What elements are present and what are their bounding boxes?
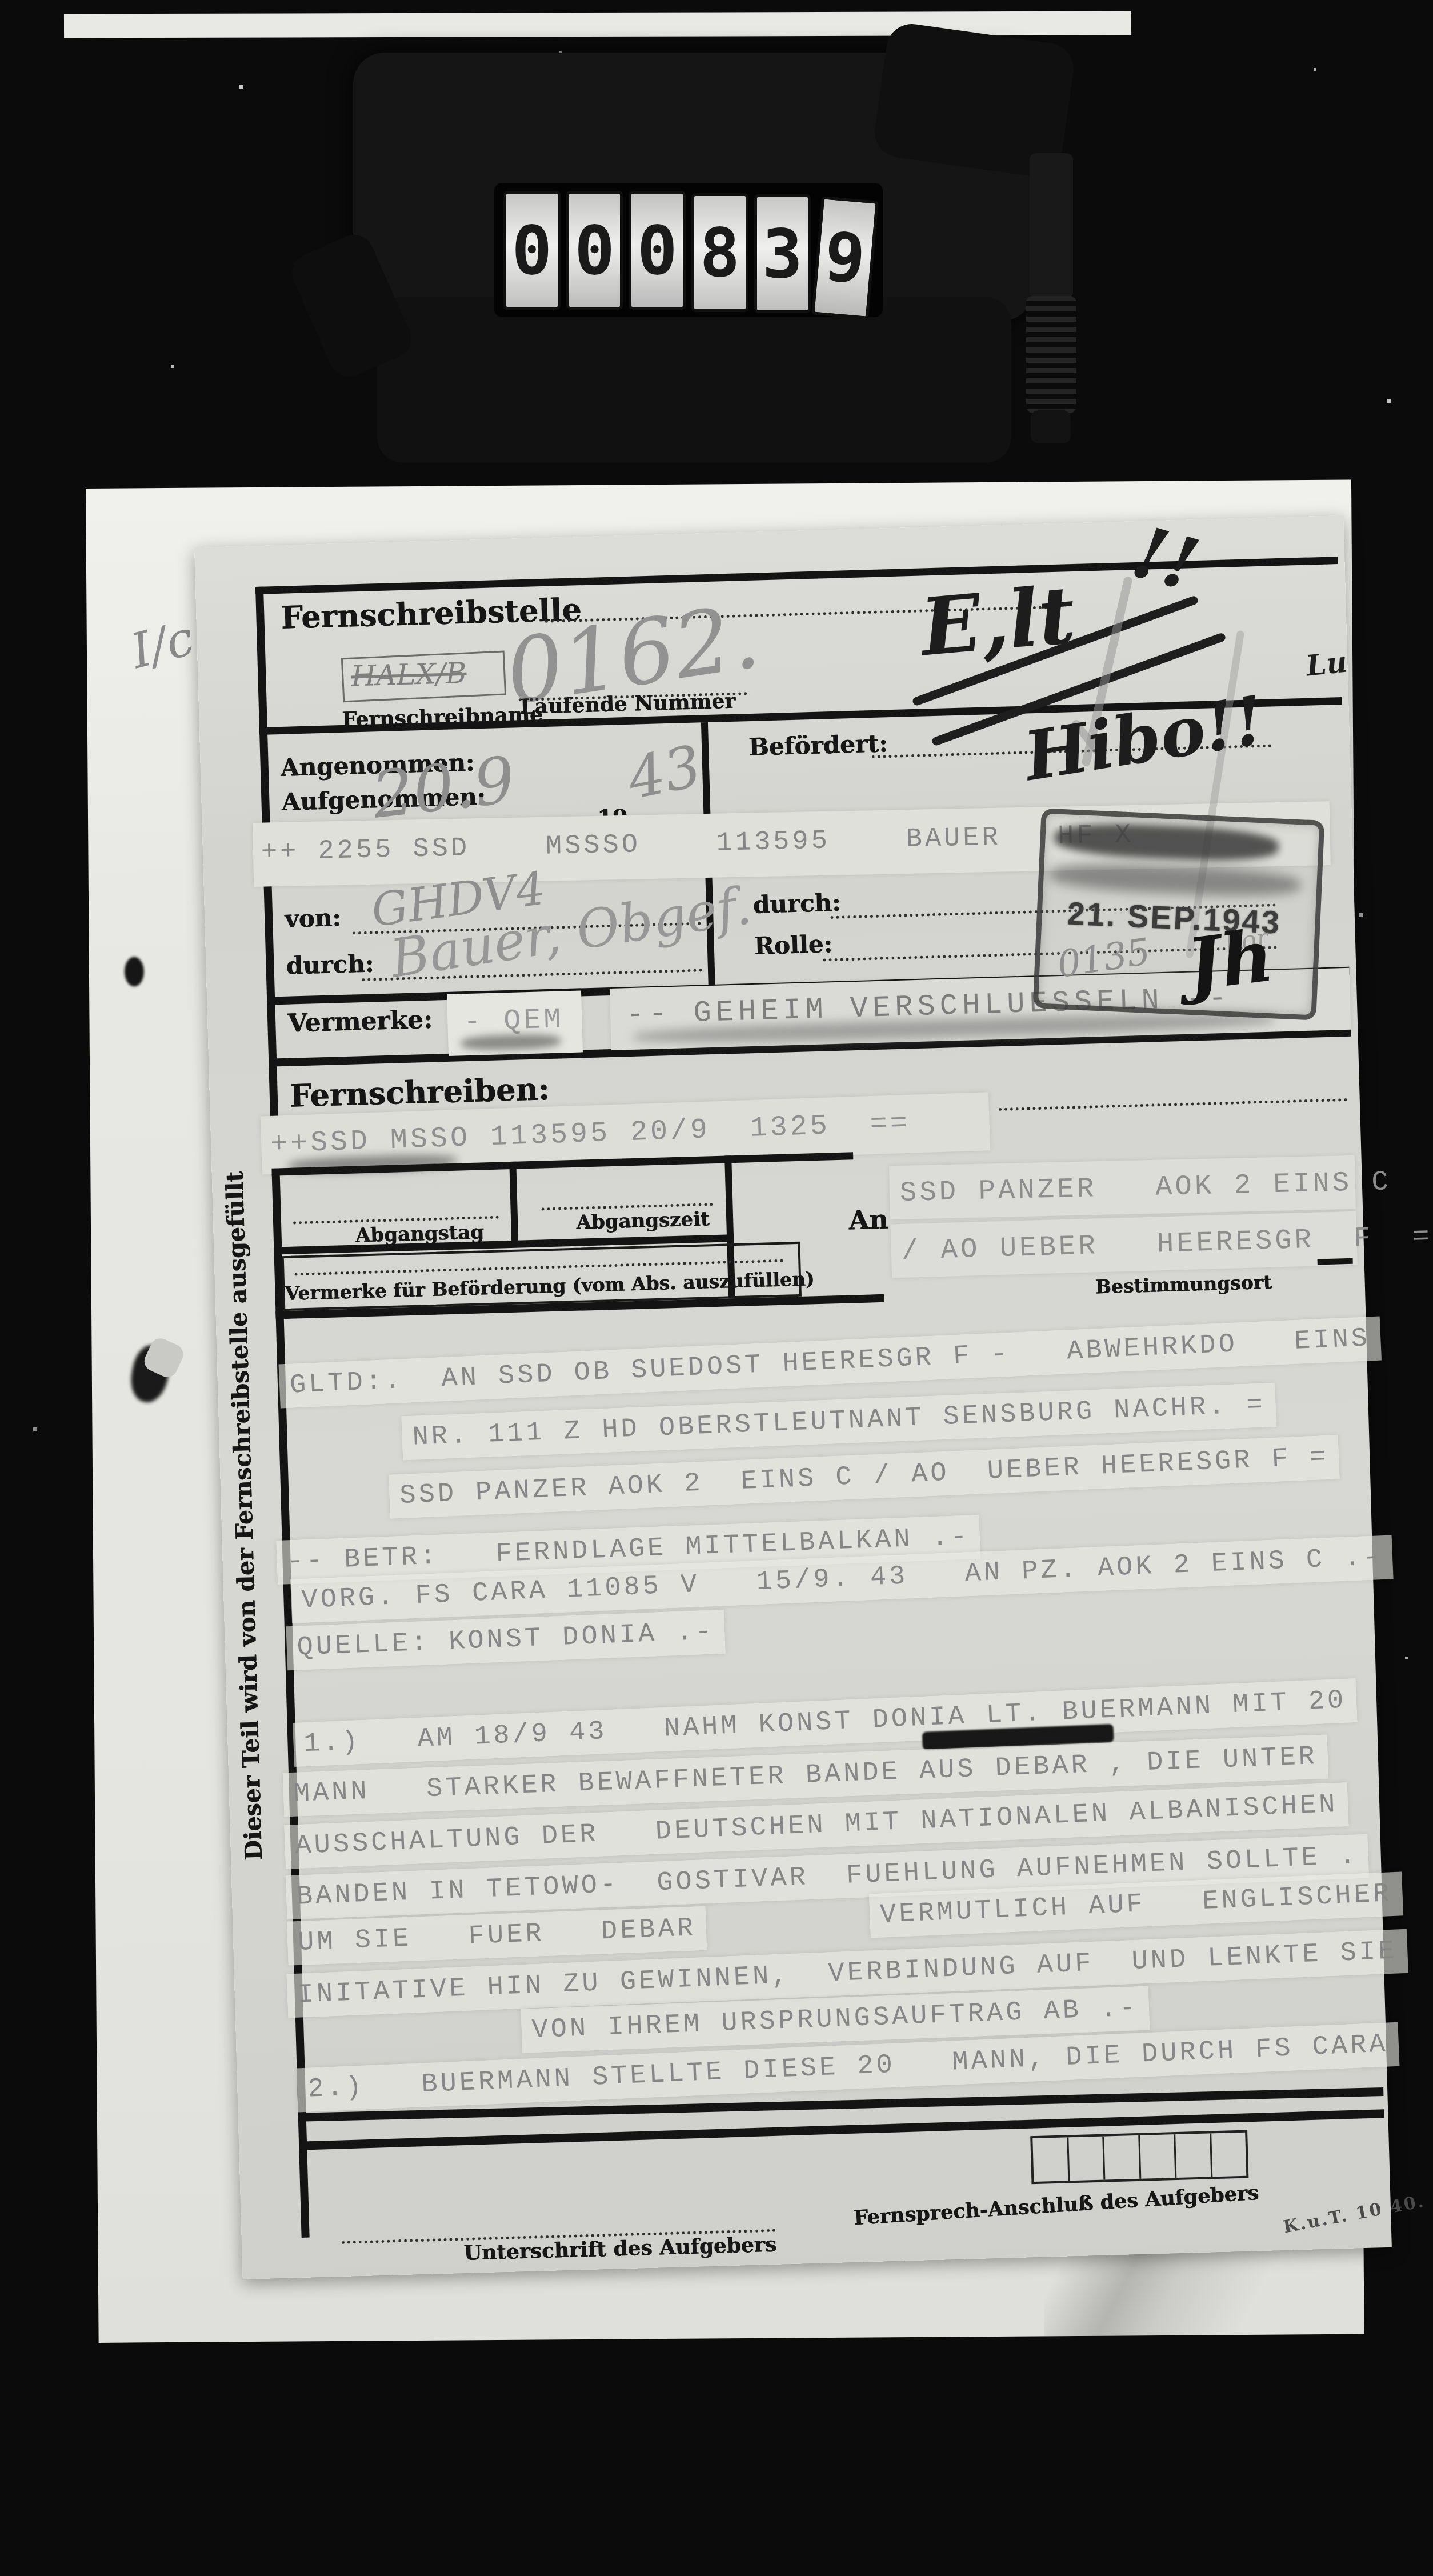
body-line-text: UM SIE FUER DEBAR [297, 1913, 697, 1958]
margin-pencil-mark: I/c [125, 610, 199, 679]
telegram-form: Dieser Teil wird von der Fernschreibstel… [194, 515, 1392, 2279]
initials-lu: Lu [1304, 645, 1348, 682]
body-line-text: QUELLE: KONST DONIA .- [297, 1617, 715, 1663]
abgangszeit-label: Abgangszeit [576, 1207, 710, 1234]
vermerke-label: Vermerke: [287, 1005, 433, 1038]
an-line2-text: / AO UEBER HEERESGR F == [901, 1220, 1433, 1267]
counter-digit: 3 [754, 194, 811, 313]
befoerdert-label: Befördert: [748, 729, 888, 761]
rolle-label: Rolle: [754, 930, 832, 960]
stamp-signature: Jh [1183, 914, 1278, 1007]
grid-cell [1175, 2133, 1212, 2178]
routing-strip-text: ++ 2255 SSD MSSSO 113595 BAUER HF X [261, 820, 1134, 868]
fernsprech-grid [1030, 2130, 1248, 2185]
vermerke-left-strip: - QEM [447, 990, 583, 1056]
fernsprech-label: Fernsprech-Anschluß des Aufgebers [853, 2181, 1259, 2230]
counter-lever-knurl [1026, 296, 1076, 413]
grid-cell [1140, 2134, 1177, 2179]
datum-year-handwritten: 43 [622, 733, 707, 813]
von-label: von: [285, 903, 342, 933]
column-divider-upper [701, 722, 711, 815]
film-specks [0, 0, 2, 2]
durch-right-label: durch: [752, 889, 841, 919]
service-line-dotted [999, 1091, 1347, 1111]
bestimmungsort-label: Bestimmungsort [1095, 1271, 1272, 1298]
counter-digit: 0 [566, 191, 623, 310]
eilt-note: E,lt [917, 568, 1079, 674]
durch-label: durch: [286, 950, 374, 980]
counter-digit: 8 [691, 193, 748, 312]
an-strip-1: SSD PANZER AOK 2 EINS C [889, 1155, 1356, 1219]
counter-digit: 9 [811, 196, 878, 319]
an-label: An [848, 1204, 889, 1236]
stamp-smudge-1 [1054, 821, 1279, 863]
date-stamp: 21. SEP.1943 0135 hor [1033, 808, 1325, 1020]
grid-cell [1211, 2133, 1247, 2177]
grid-cell [1104, 2135, 1141, 2180]
an-underline-mark [1318, 1258, 1353, 1265]
stamp-time-handwritten: 0135 [1055, 931, 1153, 986]
counter-window: 0 0 0 8 3 9 [494, 183, 883, 317]
fernschreibname-value: HALX/B [351, 657, 467, 693]
grid-cell [1068, 2137, 1106, 2181]
counter-lever-rod [1030, 153, 1073, 299]
stamp-smudge-2 [1049, 861, 1302, 899]
counter-digit: 0 [503, 191, 561, 310]
table-divider-1 [509, 1162, 518, 1246]
punch-hole [125, 957, 144, 986]
counter-body [377, 297, 1011, 463]
archival-photo: 0 0 0 8 3 9 I/c Dieser Teil wird von der… [0, 0, 1433, 2576]
grid-cell [1032, 2137, 1070, 2182]
counter-digit: 0 [629, 191, 686, 310]
an-line1-text: SSD PANZER AOK 2 EINS C [899, 1166, 1391, 1209]
counter-lever-cap [1031, 410, 1071, 443]
an-strip-2: / AO UEBER HEERESGR F == [891, 1211, 1358, 1278]
form-code: K.u.T. 10 40. [1282, 2191, 1427, 2238]
vermerke-left-text: - QEM [463, 1003, 565, 1039]
